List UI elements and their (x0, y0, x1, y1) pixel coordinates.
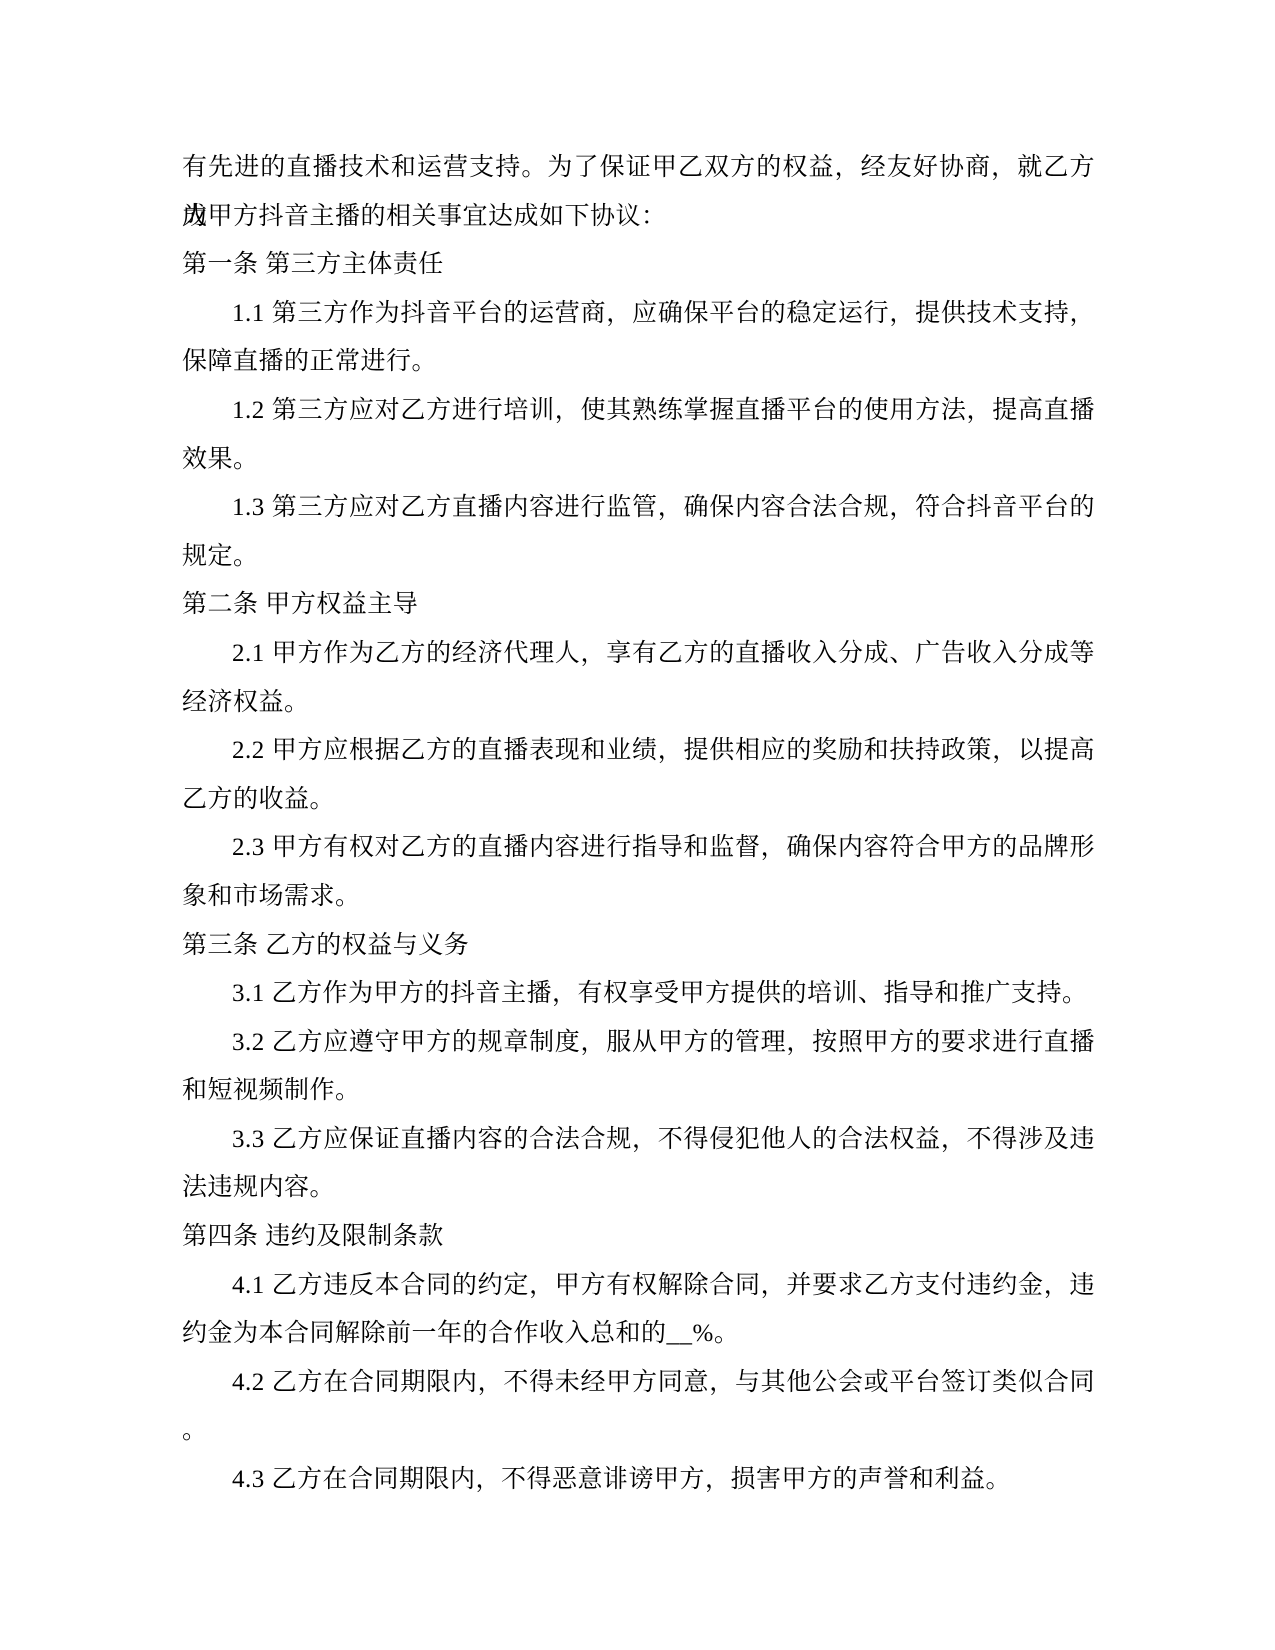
document-line: 第一条 第三方主体责任 (182, 241, 1095, 290)
document-line: 约金为本合同解除前一年的合作收入总和的__%。 (182, 1310, 1095, 1359)
document-page: 有先进的直播技术和运营支持。为了保证甲乙双方的权益，经友好协商，就乙方成为甲方抖… (0, 0, 1275, 1650)
document-line: 1.3 第三方应对乙方直播内容进行监管，确保内容合法合规，符合抖音平台的 (182, 484, 1095, 533)
document-line: 第三条 乙方的权益与义务 (182, 922, 1095, 971)
document-line: 3.2 乙方应遵守甲方的规章制度，服从甲方的管理，按照甲方的要求进行直播 (182, 1019, 1095, 1068)
document-line: 1.1 第三方作为抖音平台的运营商，应确保平台的稳定运行，提供技术支持， (182, 290, 1095, 339)
document-line: 经济权益。 (182, 679, 1095, 728)
document-line: 法违规内容。 (182, 1164, 1095, 1213)
document-line: 规定。 (182, 533, 1095, 582)
document-line: 4.2 乙方在合同期限内，不得未经甲方同意，与其他公会或平台签订类似合同 (182, 1359, 1095, 1408)
document-line: 象和市场需求。 (182, 873, 1095, 922)
document-line: 有先进的直播技术和运营支持。为了保证甲乙双方的权益，经友好协商，就乙方成 (182, 144, 1095, 193)
document-line: 效果。 (182, 436, 1095, 485)
document-line: 2.1 甲方作为乙方的经济代理人，享有乙方的直播收入分成、广告收入分成等 (182, 630, 1095, 679)
document-line: 第二条 甲方权益主导 (182, 581, 1095, 630)
document-line: 和短视频制作。 (182, 1067, 1095, 1116)
document-line: 第四条 违约及限制条款 (182, 1213, 1095, 1262)
document-line: 为甲方抖音主播的相关事宜达成如下协议： (182, 193, 1095, 242)
document-line: 3.3 乙方应保证直播内容的合法合规，不得侵犯他人的合法权益，不得涉及违 (182, 1116, 1095, 1165)
document-line: 1.2 第三方应对乙方进行培训，使其熟练掌握直播平台的使用方法，提高直播 (182, 387, 1095, 436)
document-line: 2.3 甲方有权对乙方的直播内容进行指导和监督，确保内容符合甲方的品牌形 (182, 824, 1095, 873)
document-line: 乙方的收益。 (182, 776, 1095, 825)
document-line: 2.2 甲方应根据乙方的直播表现和业绩，提供相应的奖励和扶持政策，以提高 (182, 727, 1095, 776)
document-line: 。 (182, 1407, 1095, 1456)
document-line: 保障直播的正常进行。 (182, 338, 1095, 387)
document-line: 4.1 乙方违反本合同的约定，甲方有权解除合同，并要求乙方支付违约金，违 (182, 1262, 1095, 1311)
document-line: 4.3 乙方在合同期限内，不得恶意诽谤甲方，损害甲方的声誉和利益。 (182, 1456, 1095, 1505)
document-text-block: 有先进的直播技术和运营支持。为了保证甲乙双方的权益，经友好协商，就乙方成为甲方抖… (182, 144, 1095, 1505)
document-line: 3.1 乙方作为甲方的抖音主播，有权享受甲方提供的培训、指导和推广支持。 (182, 970, 1095, 1019)
